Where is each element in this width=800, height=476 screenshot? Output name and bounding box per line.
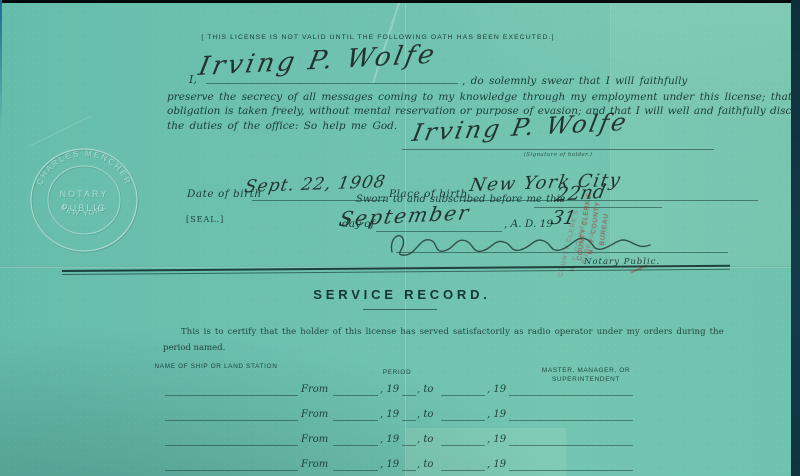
year-prefix-2: , 19 (487, 459, 506, 470)
from-label: From (301, 384, 328, 395)
year-prefix: , 19 (380, 409, 399, 420)
year-prefix: , 19 (380, 384, 399, 395)
holder-name-blank-line (206, 83, 458, 84)
sworn-day-value: 22nd (554, 181, 607, 206)
scanned-license-paper: [ THIS LICENSE IS NOT VALID UNTIL THE FO… (0, 0, 800, 476)
oath-line1-rest: , do solemnly swear that I will faithful… (462, 75, 687, 87)
seal-bracket-label: [SEAL.] (186, 215, 224, 224)
oath-notice: [ THIS LICENSE IS NOT VALID UNTIL THE FO… (201, 34, 554, 41)
period-blank-line (333, 408, 378, 421)
from-label: From (301, 459, 328, 470)
oath-line4: the duties of the office: So help me God… (167, 120, 397, 132)
seal-center-line2: PUBLIC (62, 203, 107, 213)
oath-line2: preserve the secrecy of all messages com… (167, 91, 800, 103)
master-blank-line (509, 433, 633, 446)
to-label: , to (417, 434, 433, 445)
title-underline (363, 309, 437, 310)
year-prefix-2: , 19 (487, 409, 506, 420)
service-record-title: SERVICE RECORD. (313, 287, 490, 302)
period-blank-line-2 (441, 458, 485, 471)
certify-line1: This is to certify that the holder of th… (181, 327, 724, 337)
year-prefix: , 19 (380, 434, 399, 445)
service-row: From , 19 , to , 19 (165, 408, 635, 422)
certify-line2: period named. (163, 343, 225, 353)
column-header-master-line2: SUPERINTENDENT (552, 376, 620, 383)
column-header-master-line1: MASTER, MANAGER, OR (542, 367, 630, 374)
svg-text:CHARLES MENCHER: CHARLES MENCHER (35, 149, 133, 187)
notary-signature-line (396, 252, 728, 253)
period-blank-line-2 (441, 408, 485, 421)
column-header-period: PERIOD (383, 369, 412, 376)
period-blank-line (333, 433, 378, 446)
master-blank-line (509, 408, 633, 421)
to-label: , to (417, 384, 433, 395)
period-blank-line (333, 383, 378, 396)
station-blank-line (165, 433, 298, 446)
to-label: , to (417, 409, 433, 420)
year-blank-line (402, 458, 416, 471)
year-value: 31 (549, 207, 578, 229)
from-label: From (301, 409, 328, 420)
year-blank-line (402, 383, 416, 396)
service-row: From , 19 , to , 19 (165, 433, 635, 447)
master-blank-line (509, 458, 633, 471)
year-blank-line (402, 408, 416, 421)
holder-signature-line (402, 149, 714, 150)
signature-caption: (Signature of holder.) (524, 152, 593, 158)
period-blank-line-2 (441, 383, 485, 396)
scan-edge-top (0, 0, 800, 3)
column-header-station: NAME OF SHIP OR LAND STATION (155, 363, 278, 370)
scan-edge-left (0, 0, 2, 130)
station-blank-line (165, 383, 298, 396)
from-label: From (301, 434, 328, 445)
period-blank-line-2 (441, 433, 485, 446)
station-blank-line (165, 408, 298, 421)
year-prefix-2: , 19 (487, 384, 506, 395)
embossed-notary-seal: CHARLES MENCHER NEW YORK NOTARY PUBLIC C… (17, 139, 152, 261)
year-blank-line (402, 433, 416, 446)
master-blank-line (509, 383, 633, 396)
scan-edge-right (791, 0, 800, 476)
seal-center-line1: NOTARY (60, 189, 109, 199)
service-row: From , 19 , to , 19 (165, 458, 635, 472)
to-label: , to (417, 459, 433, 470)
notary-signature-scribble (388, 228, 656, 258)
fold-light-region (611, 3, 791, 266)
station-blank-line (165, 458, 298, 471)
year-prefix: , 19 (380, 459, 399, 470)
period-blank-line (333, 458, 378, 471)
year-prefix-2: , 19 (487, 434, 506, 445)
seal-arc-top-text: CHARLES MENCHER (35, 149, 133, 187)
service-row: From , 19 , to , 19 (165, 383, 635, 397)
